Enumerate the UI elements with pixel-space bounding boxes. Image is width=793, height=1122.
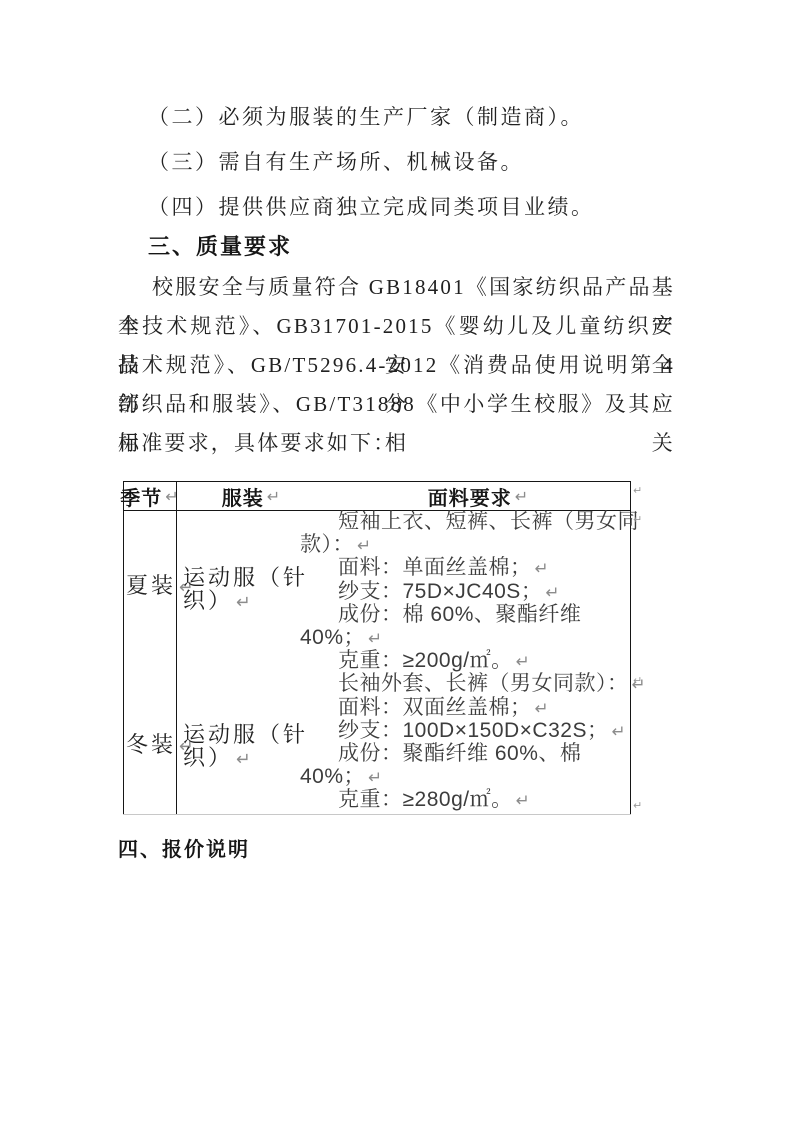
garment-cell-summer: 运动服（针 织）↵ <box>183 566 308 615</box>
table-left-border <box>123 481 124 814</box>
fabric-line: 款）：↵ <box>300 533 640 556</box>
clause-3: （三）需自有生产场所、机械设备。 <box>118 149 768 175</box>
paragraph-mark: ↵ <box>236 593 251 613</box>
garment-line: 织）↵ <box>183 746 308 772</box>
document-page: （二）必须为服装的生产厂家（制造商）。 （三）需自有生产场所、机械设备。 （四）… <box>0 0 793 1122</box>
garment-line: 织）↵ <box>183 589 308 615</box>
season-label: 冬装 <box>126 732 176 757</box>
fabric-line: 40%；↵ <box>300 626 640 649</box>
paragraph-mark: ↵ <box>515 487 528 506</box>
paragraph-mark: ↵ <box>516 651 530 671</box>
table-header-garment: 服装↵ <box>176 483 326 509</box>
fabric-line: 面料：单面丝盖棉；↵ <box>300 556 640 579</box>
table-header-season: 季节↵ <box>123 483 176 509</box>
clause-4: （四）提供供应商独立完成同类项目业绩。 <box>118 194 768 220</box>
header-label: 服装 <box>222 482 264 511</box>
paragraph-line: 技术规范》、GB/T5296.4-2012《消费品使用说明第 4 部分： <box>118 346 675 385</box>
paragraph-mark: ↵ <box>368 767 382 787</box>
fabric-line: 纱支：100D×150D×C32S；↵ <box>300 719 640 742</box>
garment-line: 运动服（针 <box>183 723 308 746</box>
paragraph-mark: ↵ <box>535 558 549 578</box>
fabric-line: 成份：聚酯纤维 60%、棉 <box>300 742 640 765</box>
fabric-line: 长袖外套、长裤（男女同款）：↵ <box>300 672 640 695</box>
fabric-requirements-cell: 短袖上衣、短裤、长裤（男女同 款）：↵ 面料：单面丝盖棉；↵ 纱支：75D×JC… <box>300 510 640 811</box>
fabric-line: 纱支：75D×JC40S；↵ <box>300 580 640 603</box>
paragraph-mark: ↵ <box>516 790 530 810</box>
paragraph-mark: ↵ <box>611 721 625 741</box>
fabric-line: 成份：棉 60%、聚酯纤维 <box>300 603 640 626</box>
garment-cell-winter: 运动服（针 织）↵ <box>183 723 308 772</box>
row-end-mark: ↵ <box>633 485 642 496</box>
table-header-fabric: 面料要求↵ <box>326 483 630 509</box>
paragraph-mark: ↵ <box>368 628 382 648</box>
row-end-mark: ↵ <box>633 800 642 811</box>
fabric-line: 面料：双面丝盖棉；↵ <box>300 696 640 719</box>
fabric-line: 40%；↵ <box>300 765 640 788</box>
paragraph-mark: ↵ <box>545 582 559 602</box>
row-end-mark: ↵ <box>633 675 642 686</box>
table-bottom-border <box>123 814 631 815</box>
paragraph-mark: ↵ <box>357 535 371 555</box>
paragraph-line: 校服安全与质量符合 GB18401《国家纺织品产品基本安 <box>118 268 675 307</box>
table-column-divider <box>176 481 177 814</box>
paragraph-line: 全技术规范》、GB31701-2015《婴幼儿及儿童纺织产品安全 <box>118 307 675 346</box>
table-top-border <box>123 481 631 482</box>
heading-pricing: 四、报价说明 <box>118 833 250 862</box>
paragraph-line: 纺织品和服装》、GB/T31888《中小学生校服》及其应用相关 <box>118 385 675 424</box>
season-label: 夏装 <box>126 573 176 598</box>
header-label: 面料要求 <box>428 482 512 511</box>
fabric-line: 短袖上衣、短裤、长裤（男女同 <box>300 510 640 533</box>
fabric-line: 克重：≥200g/㎡。↵ <box>300 649 640 672</box>
row-end-mark: ↵ <box>633 514 642 525</box>
fabric-line: 克重：≥280g/㎡。↵ <box>300 788 640 811</box>
quality-paragraph: 校服安全与质量符合 GB18401《国家纺织品产品基本安 全技术规范》、GB31… <box>118 268 675 463</box>
paragraph-mark: ↵ <box>535 698 549 718</box>
garment-line: 运动服（针 <box>183 566 308 589</box>
paragraph-mark: ↵ <box>267 487 280 506</box>
paragraph-mark: ↵ <box>236 750 251 770</box>
header-label: 季节 <box>120 482 162 511</box>
heading-quality-requirements: 三、质量要求 <box>148 230 292 261</box>
clause-2: （二）必须为服装的生产厂家（制造商）。 <box>118 104 768 130</box>
